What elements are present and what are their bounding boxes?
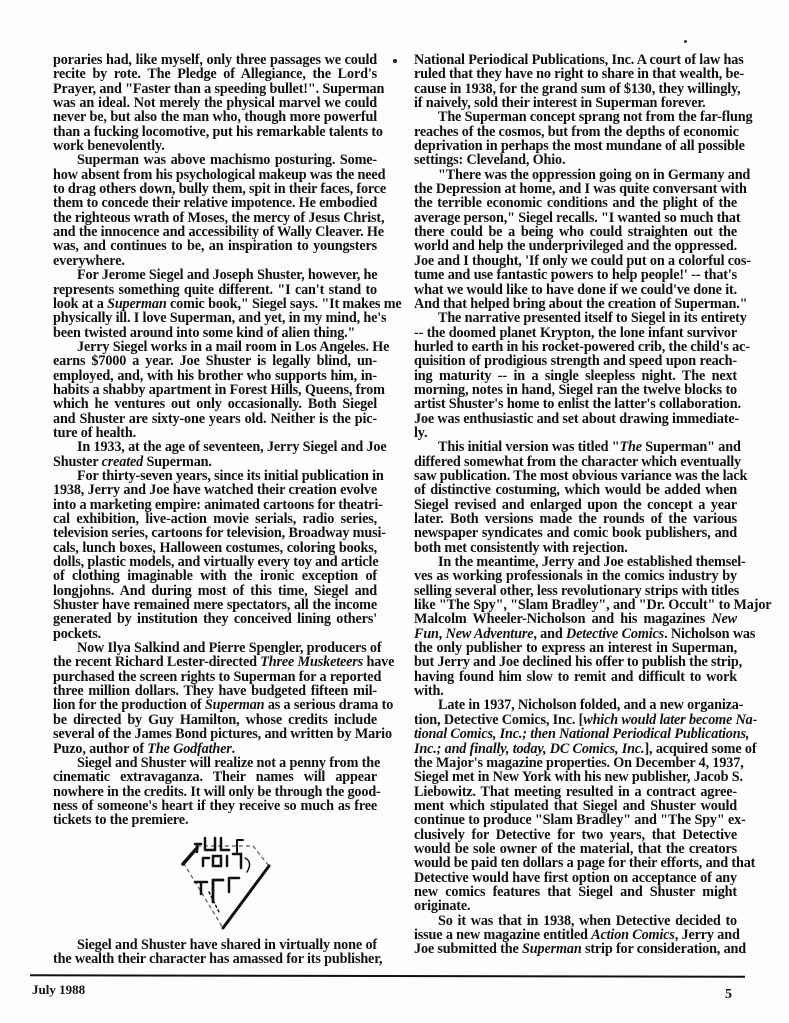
text-line: what we would like to have done if we co…	[414, 283, 737, 297]
text-line: selling several other, less revolutionar…	[414, 584, 737, 598]
text-line: morning, notes in hand, Siegel ran the t…	[414, 383, 737, 397]
text-line: artist Shuster's home to enlist the latt…	[414, 397, 737, 411]
text-line: Jerry Siegel works in a mail room in Los…	[53, 340, 377, 354]
text-line: world and help the underprivileged and t…	[414, 239, 737, 253]
left-column-text-after-logo: Siegel and Shuster have shared in virtua…	[53, 938, 377, 967]
italic-text: Superman	[522, 941, 582, 957]
text-line: work benevolently.	[53, 139, 377, 153]
text-line: saw publication. The most obvious varian…	[414, 469, 737, 483]
text-line: ment which stipulated that Siegel and Sh…	[414, 799, 737, 813]
text-line: In the meantime, Jerry and Joe establish…	[414, 555, 737, 569]
text-line: represents something quite different. "I…	[53, 283, 377, 297]
paragraph: So it was that in 1938, when Detective d…	[414, 914, 737, 957]
paragraph: For thirty-seven years, since its initia…	[53, 469, 377, 641]
text-line: Shuster created Superman.	[53, 455, 377, 469]
text-line: Malcolm Wheeler-Nicholson and his magazi…	[414, 612, 737, 626]
text-line: Shuster have remained mere spectators, a…	[53, 598, 377, 612]
paragraph: In the meantime, Jerry and Joe establish…	[414, 555, 737, 698]
print-speck	[684, 40, 687, 43]
text-line: continue to produce "Slam Bradley" and "…	[414, 813, 737, 827]
text-line: 1938, Jerry and Joe have watched their c…	[53, 483, 377, 497]
text-line: tickets to the premiere.	[53, 813, 377, 827]
text-line: than a fucking locomotive, put his remar…	[53, 125, 377, 139]
magazine-page: poraries had, like myself, only three pa…	[0, 0, 789, 1023]
text-line: hurled to earth in his rocket-powered cr…	[414, 340, 737, 354]
text-line: several of the James Bond pictures, and …	[53, 727, 377, 741]
text-line: Prayer, and "Faster than a speeding bull…	[53, 82, 377, 96]
left-column-text-before-logo: poraries had, like myself, only three pa…	[53, 53, 377, 828]
text-line: three million dollars. They have budgete…	[53, 684, 377, 698]
left-column: poraries had, like myself, only three pa…	[53, 53, 377, 966]
text-line: and Shuster are sixty-one years old. Nei…	[53, 412, 377, 426]
text-line: dolls, plastic models, and virtually eve…	[53, 555, 377, 569]
text-line: ves as working professionals in the comi…	[414, 569, 737, 583]
text-segment: Joe was enthusiastic and set about drawi…	[414, 411, 739, 427]
text-line: newspaper syndicates and comic book publ…	[414, 526, 737, 540]
text-line: would be paid ten dollars a page for the…	[414, 856, 737, 870]
text-line: Joe submitted the Superman strip for con…	[414, 942, 737, 956]
right-column-text: National Periodical Publications, Inc. A…	[414, 53, 737, 957]
text-line: was an ideal. Not merely the physical ma…	[53, 96, 377, 110]
text-line: reaches of the cosmos, but from the dept…	[414, 125, 737, 139]
text-line: cause in 1938, for the grand sum of $130…	[414, 82, 737, 96]
text-line: tional Comics, Inc.; then National Perio…	[414, 727, 737, 741]
text-line: into a marketing empire: animated cartoo…	[53, 498, 377, 512]
paragraph: This initial version was titled "The Sup…	[414, 440, 737, 555]
text-line: -- the doomed planet Krypton, the lone i…	[414, 326, 737, 340]
issue-date: July 1988	[32, 982, 85, 998]
paragraph: Jerry Siegel works in a mail room in Los…	[53, 340, 377, 440]
text-line: National Periodical Publications, Inc. A…	[414, 53, 737, 67]
text-line: both met consistently with rejection.	[414, 541, 737, 555]
text-line: average person," Siegel recalls. "I want…	[414, 211, 737, 225]
text-line: Inc.; and finally, today, DC Comics, Inc…	[414, 742, 737, 756]
superman-shield-icon	[161, 832, 281, 932]
text-line: to drag others down, bully them, spit in…	[53, 182, 377, 196]
text-line: recite by rote. The Pledge of Allegiance…	[53, 67, 377, 81]
text-line: ture of health.	[53, 426, 377, 440]
text-line: deprivation in perhaps the most mundane …	[414, 139, 737, 153]
paragraph: In 1933, at the age of seventeen, Jerry …	[53, 440, 377, 469]
text-line: longjohns. And during most of this time,…	[53, 584, 377, 598]
text-line: Late in 1937, Nicholson folded, and a ne…	[414, 698, 737, 712]
text-segment: the wealth their character has amassed f…	[53, 951, 382, 967]
text-line: For Jerome Siegel and Joseph Shuster, ho…	[53, 268, 377, 282]
paragraph: poraries had, like myself, only three pa…	[53, 53, 377, 153]
text-line: pockets.	[53, 627, 377, 641]
text-line: Fun, New Adventure, and Detective Comics…	[414, 627, 737, 641]
text-line: Puzo, author of The Godfather.	[53, 742, 377, 756]
paragraph: "There was the oppression going on in Ge…	[414, 168, 737, 311]
text-line: settings: Cleveland, Ohio.	[414, 153, 737, 167]
superman-logo-illustration	[53, 828, 377, 938]
text-line: was, and continues to be, an inspiration…	[53, 239, 377, 253]
text-line: cal exhibition, live-action movie serial…	[53, 512, 377, 526]
text-line: the terrible economic conditions and the…	[414, 196, 737, 210]
text-line: Joe and I thought, 'If only we could put…	[414, 254, 737, 268]
text-line: having found him slow to remit and diffi…	[414, 670, 737, 684]
text-line: "There was the oppression going on in Ge…	[414, 168, 737, 182]
text-segment: generated by institution they conceived …	[53, 611, 377, 627]
text-line: cinematic extravaganza. Their names will…	[53, 770, 377, 784]
text-line: employed, and, with his brother who supp…	[53, 369, 377, 383]
text-line: Now Ilya Salkind and Pierre Spengler, pr…	[53, 641, 377, 655]
text-line: the recent Richard Lester-directed Three…	[53, 655, 377, 669]
text-line: everywhere.	[53, 254, 377, 268]
text-line: there could be a being who could straigh…	[414, 225, 737, 239]
paragraph: The Superman concept sprang not from the…	[414, 110, 737, 167]
text-line: tume and use fantastic powers to help pe…	[414, 268, 737, 282]
text-line: lion for the production of Superman as a…	[53, 698, 377, 712]
text-segment: ly.	[414, 425, 427, 441]
text-line: and the innocence and accessibility of W…	[53, 225, 377, 239]
text-line: the wealth their character has amassed f…	[53, 952, 377, 966]
text-line: nowhere in the credits. It will only be …	[53, 785, 377, 799]
paragraph: Siegel and Shuster will realize not a pe…	[53, 756, 377, 828]
text-line: like "The Spy", "Slam Bradley", and "Dr.…	[414, 598, 737, 612]
text-line: clusively for Detective for two years, t…	[414, 828, 737, 842]
paragraph: Superman was above machismo posturing. S…	[53, 153, 377, 268]
text-line: television series, cartoons for televisi…	[53, 526, 377, 540]
text-line: of clothing imaginable with the ironic e…	[53, 569, 377, 583]
text-line: The narrative presented itself to Siegel…	[414, 311, 737, 325]
paragraph: Late in 1937, Nicholson folded, and a ne…	[414, 698, 737, 913]
text-line: In 1933, at the age of seventeen, Jerry …	[53, 440, 377, 454]
text-line: tion, Detective Comics, Inc. [which woul…	[414, 713, 737, 727]
text-line: of distinctive costuming, which would be…	[414, 483, 737, 497]
text-segment: strip for consideration, and	[582, 941, 746, 957]
text-line: Joe was enthusiastic and set about drawi…	[414, 412, 737, 426]
footer-rule	[30, 974, 745, 977]
text-line: Detective would have first option on acc…	[414, 871, 737, 885]
text-line: cals, lunch boxes, Halloween costumes, c…	[53, 541, 377, 555]
text-line: ly.	[414, 426, 737, 440]
text-line: earns $7000 a year. Joe Shuster is legal…	[53, 354, 377, 368]
text-line: issue a new magazine entitled Action Com…	[414, 928, 737, 942]
text-line: Liebowitz. That meeting resulted in a co…	[414, 785, 737, 799]
text-line: with.	[414, 684, 737, 698]
text-line: which he ventures out only occasionally.…	[53, 397, 377, 411]
paragraph: National Periodical Publications, Inc. A…	[414, 53, 737, 110]
text-line: This initial version was titled "The Sup…	[414, 440, 737, 454]
text-line: ing maturity -- in a single sleepless ni…	[414, 369, 737, 383]
text-line: The Superman concept sprang not from the…	[414, 110, 737, 124]
paragraph: Siegel and Shuster have shared in virtua…	[53, 938, 377, 967]
text-line: Siegel met in New York with his new publ…	[414, 770, 737, 784]
text-line: later. Both versions made the rounds of …	[414, 512, 737, 526]
text-line: And that helped bring about the creation…	[414, 297, 737, 311]
text-line: differed somewhat from the character whi…	[414, 455, 737, 469]
right-column: National Periodical Publications, Inc. A…	[414, 53, 737, 957]
text-line: be directed by Guy Hamilton, whose credi…	[53, 713, 377, 727]
text-segment: tickets to the premiere.	[53, 812, 188, 828]
paragraph: The narrative presented itself to Siegel…	[414, 311, 737, 440]
text-line: but Jerry and Joe declined his offer to …	[414, 655, 737, 669]
paragraph: For Jerome Siegel and Joseph Shuster, ho…	[53, 268, 377, 340]
text-line: Siegel revised and enlarged upon the con…	[414, 498, 737, 512]
text-segment: having found him slow to remit and diffi…	[414, 669, 737, 685]
text-line: physically ill. I love Superman, and yet…	[53, 311, 377, 325]
paragraph: Now Ilya Salkind and Pierre Spengler, pr…	[53, 641, 377, 756]
text-line: purchased the screen rights to Superman …	[53, 670, 377, 684]
text-line: ruled that they have no right to share i…	[414, 67, 737, 81]
text-line: never be, but also the man who, though m…	[53, 110, 377, 124]
text-line: the Depression at home, and I was quite …	[414, 182, 737, 196]
text-line: would be sole owner of the material, tha…	[414, 842, 737, 856]
text-line: habits a shabby apartment in Forest Hill…	[53, 383, 377, 397]
text-line: Superman was above machismo posturing. S…	[53, 153, 377, 167]
text-line: originate.	[414, 899, 737, 913]
text-line: the only publisher to express an interes…	[414, 641, 737, 655]
text-line: quisition of prodigious strength and spe…	[414, 354, 737, 368]
text-line: been twisted around into some kind of al…	[53, 326, 377, 340]
text-line: So it was that in 1938, when Detective d…	[414, 914, 737, 928]
text-line: the righteous wrath of Moses, the mercy …	[53, 211, 377, 225]
text-line: them to concede their relative impotence…	[53, 196, 377, 210]
text-segment: Joe submitted the	[414, 941, 522, 957]
text-line: how absent from his psychological makeup…	[53, 168, 377, 182]
text-line: generated by institution they conceived …	[53, 612, 377, 626]
column-bullet-mark	[393, 59, 397, 63]
text-line: Siegel and Shuster will realize not a pe…	[53, 756, 377, 770]
text-line: poraries had, like myself, only three pa…	[53, 53, 377, 67]
text-line: if naively, sold their interest in Super…	[414, 96, 737, 110]
text-line: Siegel and Shuster have shared in virtua…	[53, 938, 377, 952]
text-line: For thirty-seven years, since its initia…	[53, 469, 377, 483]
text-line: the Major's magazine properties. On Dece…	[414, 756, 737, 770]
text-line: look at a Superman comic book," Siegel s…	[53, 297, 377, 311]
page-number: 5	[725, 987, 732, 1003]
text-line: ness of someone's heart if they receive …	[53, 799, 377, 813]
text-line: new comics features that Siegel and Shus…	[414, 885, 737, 899]
